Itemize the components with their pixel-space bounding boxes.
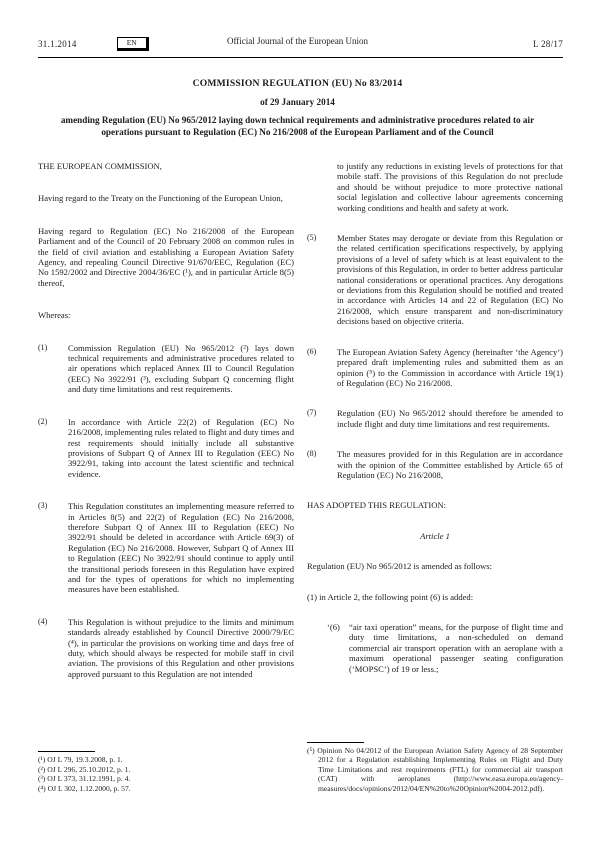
inserted-point-6-text: “air taxi operation” means, for the purp… [349,622,563,674]
recital-8: (8) The measures provided for in this Re… [307,449,563,480]
recital-1-text: Commission Regulation (EU) No 965/2012 (… [68,343,294,395]
recital-8-text: The measures provided for in this Regula… [337,449,563,480]
regulation-title-block: COMMISSION REGULATION (EU) No 83/2014 of… [0,78,595,138]
recital-2: (2) In accordance with Article 22(2) of … [38,417,294,479]
recital-4-continuation-text: to justify any reductions in existing le… [337,161,563,213]
whereas-label: Whereas: [38,310,294,320]
recital-1: (1) Commission Regulation (EU) No 965/20… [38,343,294,395]
header-divider [38,57,563,58]
footnote-1: (¹) OJ L 79, 19.3.2008, p. 1. [38,755,294,764]
recital-4-number: (4) [38,617,68,679]
footnotes-right: (⁵) Opinion No 04/2012 of the European A… [307,742,563,793]
amendment-1-intro: (1) in Article 2, the following point (6… [307,592,563,602]
recital-5-text: Member States may derogate or deviate fr… [337,233,563,327]
recital-3-number: (3) [38,501,68,595]
footnote-divider-left [38,751,95,752]
recital-8-number: (8) [307,449,337,480]
regulation-subject: amending Regulation (EU) No 965/2012 lay… [0,115,595,138]
inserted-point-6: ‘(6) “air taxi operation” means, for the… [327,622,563,674]
regulation-number: COMMISSION REGULATION (EU) No 83/2014 [0,78,595,89]
recital-6: (6) The European Aviation Safety Agency … [307,347,563,389]
citation-regulation: Having regard to Regulation (EC) No 216/… [38,226,294,288]
recital-2-text: In accordance with Article 22(2) of Regu… [68,417,294,479]
recital-2-number: (2) [38,417,68,479]
recital-4-continuation: to justify any reductions in existing le… [307,161,563,213]
body-columns: THE EUROPEAN COMMISSION, Having regard t… [0,161,595,793]
recital-4: (4) This Regulation is without prejudice… [38,617,294,679]
article-1-heading: Article 1 [307,531,563,541]
recital-3: (3) This Regulation constitutes an imple… [38,501,294,595]
recital-7-text: Regulation (EU) No 965/2012 should there… [337,408,563,429]
page-reference: L 28/17 [533,39,563,49]
recital-7: (7) Regulation (EU) No 965/2012 should t… [307,408,563,429]
footnote-divider-right [307,742,364,743]
language-badge: EN [117,37,149,51]
recital-5: (5) Member States may derogate or deviat… [307,233,563,327]
recital-6-text: The European Aviation Safety Agency (her… [337,347,563,389]
recital-4-continuation-spacer [307,161,337,213]
left-column: THE EUROPEAN COMMISSION, Having regard t… [38,161,294,793]
footnote-4: (⁴) OJ L 302, 1.12.2000, p. 57. [38,784,294,793]
document-page: Official Journal of the European Union 3… [0,0,595,842]
article-1-intro: Regulation (EU) No 965/2012 is amended a… [307,561,563,571]
recital-3-text: This Regulation constitutes an implement… [68,501,294,595]
preamble-opening: THE EUROPEAN COMMISSION, [38,161,294,171]
footnote-5: (⁵) Opinion No 04/2012 of the European A… [307,746,563,793]
footnote-2: (²) OJ L 296, 25.10.2012, p. 1. [38,765,294,774]
right-column: to justify any reductions in existing le… [307,161,563,793]
header-left-group: 31.1.2014 EN [38,37,149,51]
inserted-point-6-label: ‘(6) [327,622,349,674]
recital-6-number: (6) [307,347,337,389]
adoption-formula: HAS ADOPTED THIS REGULATION: [307,500,563,510]
page-header: Official Journal of the European Union 3… [0,0,595,52]
recital-5-number: (5) [307,233,337,327]
footnote-3: (³) OJ L 373, 31.12.1991, p. 4. [38,774,294,783]
recital-1-number: (1) [38,343,68,395]
citation-treaty: Having regard to the Treaty on the Funct… [38,193,294,203]
regulation-date: of 29 January 2014 [0,97,595,107]
recital-7-number: (7) [307,408,337,429]
issue-date: 31.1.2014 [38,39,77,49]
footnotes-left: (¹) OJ L 79, 19.3.2008, p. 1. (²) OJ L 2… [38,751,294,793]
recital-4-text: This Regulation is without prejudice to … [68,617,294,679]
